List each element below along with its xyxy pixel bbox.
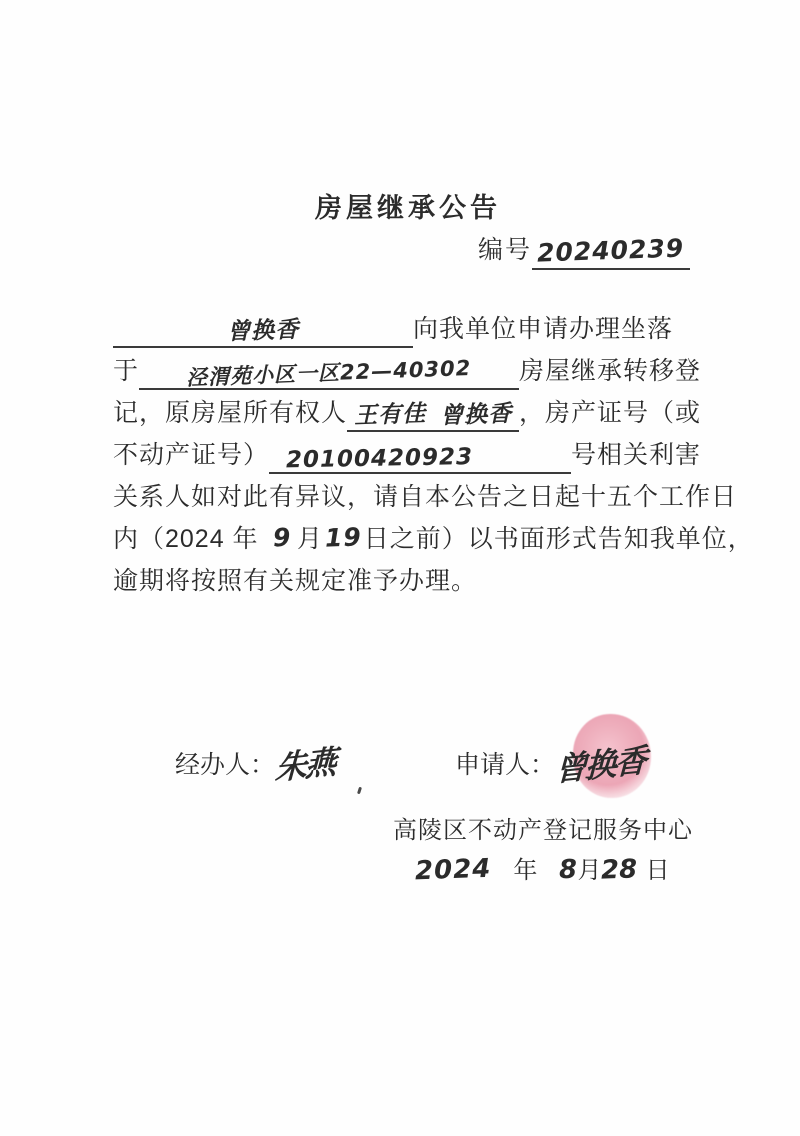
line1-printed-text: 向我单位申请办理坐落 — [413, 309, 673, 348]
signature-row: 经办人： 朱燕 申请人： 曾换香 — [0, 722, 800, 792]
serial-number-row: 编号 20240239 — [478, 230, 690, 270]
issue-year-unit: 年 — [513, 850, 537, 885]
line5-printed-text: 关系人如对此有异议，请自本公告之日起十五个工作日 — [113, 477, 737, 516]
applicant-name-blank: 曾换香 — [113, 312, 413, 348]
deadline-month-unit: 月 — [297, 519, 323, 558]
line4-printed-before: 不动产证号） — [113, 435, 269, 474]
issue-month-handwritten: 8 — [559, 855, 578, 886]
notice-body: 曾换香 向我单位申请办理坐落 于 泾渭苑小区一区22—40302 房屋继承转移登… — [113, 306, 701, 600]
owner-name-1-handwritten: 王有佳 — [353, 395, 426, 430]
line2-printed-after: 房屋继承转移登 — [519, 351, 701, 390]
issue-month-unit: 月 — [577, 850, 601, 885]
owner-names-blank: 王有佳 曾换香 — [347, 396, 519, 432]
issuing-organization: 高陵区不动产登记服务中心 — [393, 810, 693, 845]
deadline-month-handwritten: 9 — [272, 523, 292, 556]
body-line-2: 于 泾渭苑小区一区22—40302 房屋继承转移登 — [113, 348, 701, 390]
body-line-5: 关系人如对此有异议，请自本公告之日起十五个工作日 — [113, 474, 701, 516]
address-blank: 泾渭苑小区一区22—40302 — [139, 357, 519, 390]
certificate-number-blank: 20100420923 — [269, 444, 571, 474]
handler-signature-handwritten: 朱燕 — [274, 737, 335, 790]
line4-printed-after: 号相关利害 — [571, 435, 701, 474]
applicant-label: 申请人： — [455, 745, 555, 781]
applicant-signature-group: 申请人： 曾换香 — [455, 740, 645, 786]
body-line-1: 曾换香 向我单位申请办理坐落 — [113, 306, 701, 348]
serial-handwritten-value: 20240239 — [537, 233, 685, 267]
issue-day-handwritten: 28 — [601, 854, 638, 885]
deadline-day-handwritten: 19 — [324, 522, 362, 555]
line3-printed-before: 记，原房屋所有权人 — [113, 393, 347, 432]
address-handwritten: 泾渭苑小区一区22—40302 — [186, 352, 472, 392]
owner-name-2-handwritten: 曾换香 — [439, 395, 512, 430]
applicant-signature-stamped: 曾换香 — [555, 740, 645, 786]
applicant-name-handwritten: 曾换香 — [226, 311, 299, 346]
notice-document: 房屋继承公告 编号 20240239 曾换香 向我单位申请办理坐落 于 泾渭苑小… — [0, 0, 800, 1136]
line6-printed-after: 日之前）以书面形式告知我单位， — [364, 519, 754, 558]
handler-label: 经办人： — [175, 745, 275, 781]
applicant-signature-handwritten: 曾换香 — [554, 735, 645, 791]
line3-printed-after: ，房产证号（或 — [519, 393, 701, 432]
certificate-number-handwritten: 20100420923 — [286, 444, 473, 473]
line7-printed-text: 逾期将按照有关规定准予办理。 — [113, 561, 477, 600]
body-line-6: 内（2024 年 9 月 19 日之前）以书面形式告知我单位， — [113, 516, 701, 558]
body-line-4: 不动产证号） 20100420923 号相关利害 — [113, 432, 701, 474]
body-line-7: 逾期将按照有关规定准予办理。 — [113, 558, 701, 600]
issue-year-handwritten: 2024 — [414, 854, 491, 887]
handler-signature-group: 经办人： 朱燕 — [175, 740, 335, 786]
line2-printed-before: 于 — [113, 351, 139, 390]
serial-blank-line: 20240239 — [532, 236, 690, 270]
page-title: 房屋继承公告 — [0, 186, 800, 225]
line6-printed-before: 内（2024 年 — [113, 519, 259, 558]
serial-label: 编号 — [478, 230, 532, 270]
issue-day-unit: 日 — [646, 850, 670, 885]
issue-date-row: 2024 年 8 月 28 日 — [415, 850, 670, 885]
body-line-3: 记，原房屋所有权人 王有佳 曾换香 ，房产证号（或 — [113, 390, 701, 432]
